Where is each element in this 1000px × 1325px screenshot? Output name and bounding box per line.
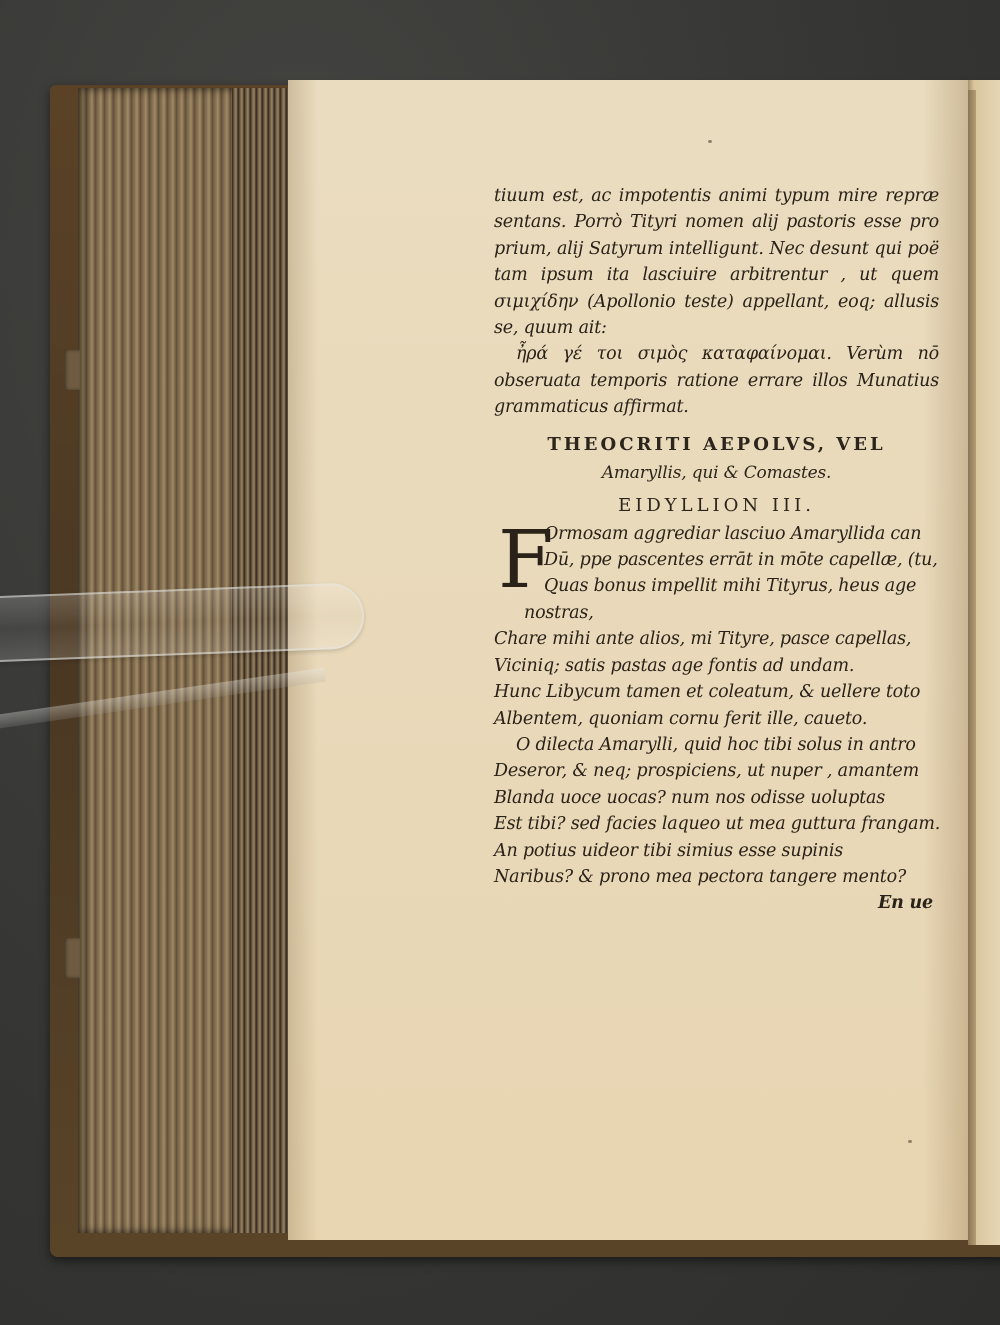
- prose-line: tiuum est, ac impotentis animi typum mir…: [494, 183, 939, 209]
- text-block: tiuum est, ac impotentis animi typum mir…: [494, 183, 939, 917]
- verse-line: An potius uideor tibi simius esse supini…: [494, 838, 939, 864]
- verse-line: Viciniq; satis pastas age fontis ad unda…: [494, 653, 939, 679]
- verse-line: Ormosam aggrediar lasciuo Amaryllida can: [494, 521, 939, 547]
- section-subtitle: Amaryllis, qui & Comastes.: [494, 459, 939, 487]
- prose-line-greek: σιμιχίδην (Apollonio teste) appellant, e…: [494, 289, 939, 315]
- verse-opening: F Ormosam aggrediar lasciuo Amaryllida c…: [494, 521, 939, 600]
- idyll-number-heading: EIDYLLION III.: [494, 491, 939, 521]
- page-tab-marker: [64, 350, 80, 390]
- prose-line: se, quum ait:: [494, 315, 939, 341]
- prose-line: sentans. Porrò Tityri nomen alij pastori…: [494, 209, 939, 235]
- prose-line: grammaticus affirmat.: [494, 394, 939, 420]
- verse-line: Hunc Libycum tamen et coleatum, & ueller…: [494, 679, 939, 705]
- paper-speck: [708, 140, 712, 143]
- page-fold: [968, 90, 976, 1245]
- verse-line: Est tibi? sed facies laqueo ut mea guttu…: [494, 811, 939, 837]
- prose-line: tam ipsum ita lasciuire arbitrentur , ut…: [494, 262, 939, 288]
- page-fore-edge-stack: [78, 88, 290, 1233]
- verse-line: O dilecta Amarylli, quid hoc tibi solus …: [494, 732, 939, 758]
- section-title: THEOCRITI AEPOLVS, VEL: [494, 431, 939, 459]
- drop-cap-initial: F: [498, 521, 553, 599]
- verse-line: Blanda uoce uocas? num nos odisse uolupt…: [494, 785, 939, 811]
- verse-line: Dū, ppe pascentes errāt in mōte capellæ,…: [494, 547, 939, 573]
- verse-line: Deseror, & neq; prospiciens, ut nuper , …: [494, 758, 939, 784]
- prose-line: prium, alij Satyrum intelligunt. Nec des…: [494, 236, 939, 262]
- verse-line: Albentem, quoniam cornu ferit ille, caue…: [494, 706, 939, 732]
- prose-line: obseruata temporis ratione errare illos …: [494, 368, 939, 394]
- page-stack-edge: [232, 88, 290, 1233]
- next-page-edge: [968, 80, 1000, 1245]
- verse-line: nostras,: [494, 600, 939, 626]
- catchword: En ue: [494, 890, 939, 916]
- verse-line: Quas bonus impellit mihi Tityrus, heus a…: [494, 573, 939, 599]
- paper-speck: [908, 1140, 912, 1143]
- greek-quote-line: ἦρά γέ τοι σιμὸς καταφαίνομαι. Verùm nō: [494, 341, 939, 367]
- page-tab-marker: [64, 938, 80, 978]
- verse-line: Chare mihi ante alios, mi Tityre, pasce …: [494, 626, 939, 652]
- photo-stage: tiuum est, ac impotentis animi typum mir…: [0, 0, 1000, 1325]
- verse-line: Naribus? & prono mea pectora tangere men…: [494, 864, 939, 890]
